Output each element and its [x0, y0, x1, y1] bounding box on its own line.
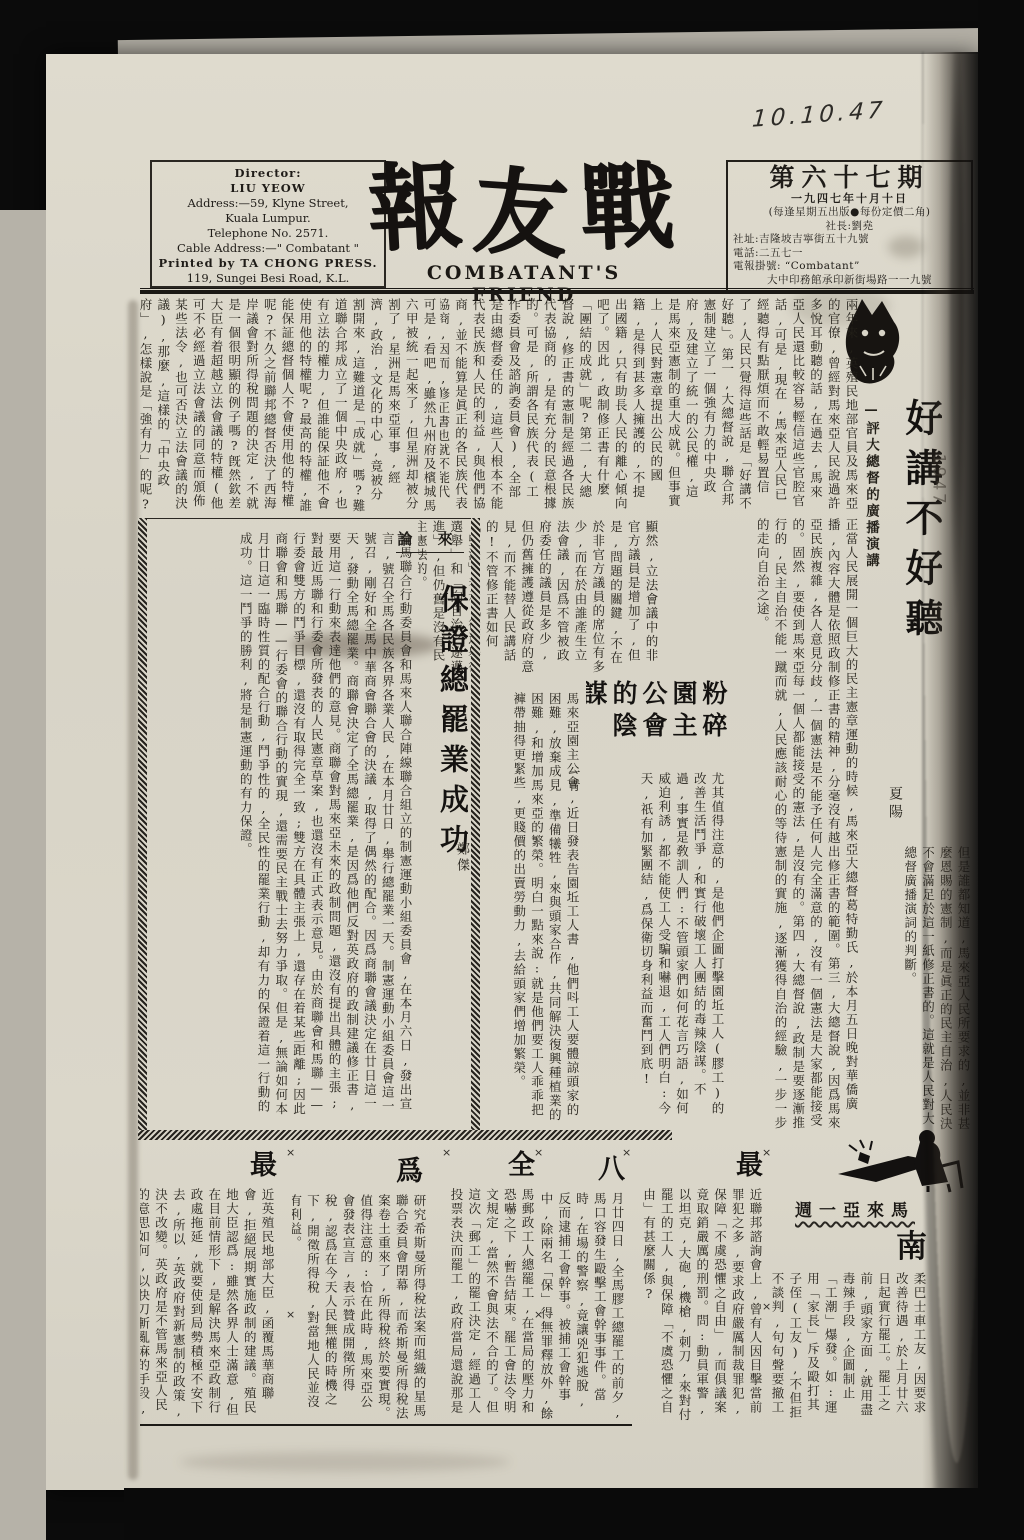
brief-separator: × — [534, 1308, 543, 1321]
brief-separator: × — [442, 1146, 451, 1159]
weekly-brief: 研究希斯曼所得稅法案而組織的星馬聯合委員會閉幕,而希斯曼所得稅法案卷土重來了,所… — [292, 1194, 428, 1422]
lead-article-byline: 夏陽 — [882, 786, 904, 842]
scanner-bed-bottom — [124, 1488, 1024, 1540]
masthead-char-you: 友 — [470, 164, 570, 264]
weekly-brief: 柔巴士車工友,因要求改善待遇,於上月廿六日起實行罷工。罷工之前,頭家方面,就用盡… — [770, 1272, 928, 1422]
lead-article-body: 兩年來,英殖民地部官員及馬來亞的官僚,曾經對馬來亞人民說過許多悅耳動聽的話,在過… — [440, 298, 860, 512]
smash-article-headline: 粉碎園主公會的陰謀 — [586, 680, 728, 760]
lead-article-subtitle: —評大總督的廣播演講 — [858, 402, 880, 728]
smash-article-body: 馬來亞園主公會,近日發表告園坵工人書,他們呌工人要體諒頭家的困難,放棄成見,準備… — [455, 692, 581, 1124]
weekly-brief: 近聯邦諮詢會上,曾有人因目擊當前罪犯之多,要求政府嚴厲制裁罪犯,保障「不虞恐懼之… — [628, 1188, 764, 1422]
masthead-char-bao: 報 — [366, 159, 465, 258]
editorial-body: 全馬聯合行動委員會和馬來人聯合陣線聯合組立的制憲運動小組委員會,在本月六日,發出… — [152, 532, 414, 1122]
smash-article-body: 尤其值得注意的,是他們企圖打擊園坵工人(膠工)的改善生活鬥爭,和實行破壞工人團結… — [586, 772, 726, 1124]
weekly-brief: 近英殖民地部大臣,函覆馬華商聯會,拒絕展期實施政制的建議。殖民地大臣認爲:雖然各… — [140, 1188, 276, 1422]
weekly-column-title: 週一亞來馬 — [776, 1196, 934, 1221]
brief-lead-char: 最 — [736, 1152, 763, 1179]
masthead-calligraphy: 報 友 戰 — [368, 148, 674, 268]
editorial-border-left — [138, 518, 147, 1134]
brief-separator: × — [286, 1146, 295, 1159]
brief-lead-char: 最 — [250, 1152, 277, 1179]
page-crease-shadow — [922, 52, 980, 1490]
publisher-telephone: Telephone No. 2571. — [152, 226, 384, 241]
publisher-info-box: Director: LIU YEOW Address:—59, Klyne St… — [150, 160, 386, 288]
publisher-printer: Printed by TA CHONG PRESS. — [152, 256, 384, 271]
brief-separator: × — [534, 1146, 543, 1159]
scanner-bed-left — [0, 210, 46, 1540]
scanner-bed-right — [978, 0, 1024, 1540]
brief-lead-char: 八 — [598, 1156, 625, 1183]
header-divider-rule — [140, 288, 974, 294]
publisher-printer-address: 119, Sungei Besi Road, K.L. — [152, 271, 384, 286]
weekly-brief: 月廿四日,全馬膠工總罷工的前夕,馬口容發生毆擊工會幹事事件。當時,在場的警察,竟… — [540, 1192, 626, 1422]
publisher-address-line2: Kuala Lumpur. — [152, 211, 384, 226]
brief-separator: × — [762, 1146, 771, 1159]
footer-rule — [140, 1424, 632, 1426]
lead-article-body: 可是,看吧,雖然九州府及檳城馬六甲被統一起來了,但星洲却被分割了,星洲是馬來亞軍… — [140, 298, 438, 514]
brief-lead-char: 全 — [508, 1152, 535, 1179]
publisher-director-name: LIU YEOW — [152, 181, 384, 196]
section-divider-hatch — [138, 1130, 672, 1140]
newspaper-scan: 10.10.47 Director: LIU YEOW Address:—59,… — [0, 0, 1024, 1540]
brief-separator: × — [622, 1146, 631, 1159]
publisher-director-label: Director: — [152, 166, 384, 181]
publisher-address-line1: Address:—59, Klyne Street, — [152, 196, 384, 211]
weekly-brief: 馬郵政工人總罷工,在當局的壓力和恐嚇之下,暫告結束。罷工會法令明文規定,當然不會… — [448, 1188, 536, 1422]
brief-separator: × — [286, 1308, 295, 1321]
masthead-char-zhan: 戰 — [578, 159, 675, 256]
brief-separator: × — [762, 1300, 771, 1313]
publisher-cable-address: Cable Address:—" Combatant " — [152, 241, 384, 256]
brief-lead-char: 爲 — [396, 1158, 423, 1185]
lead-article-body: 正當人民展開一個巨大的民主憲章運動的時候,馬來亞大總督葛特勤氏,於本月五日晚對華… — [726, 518, 860, 1130]
